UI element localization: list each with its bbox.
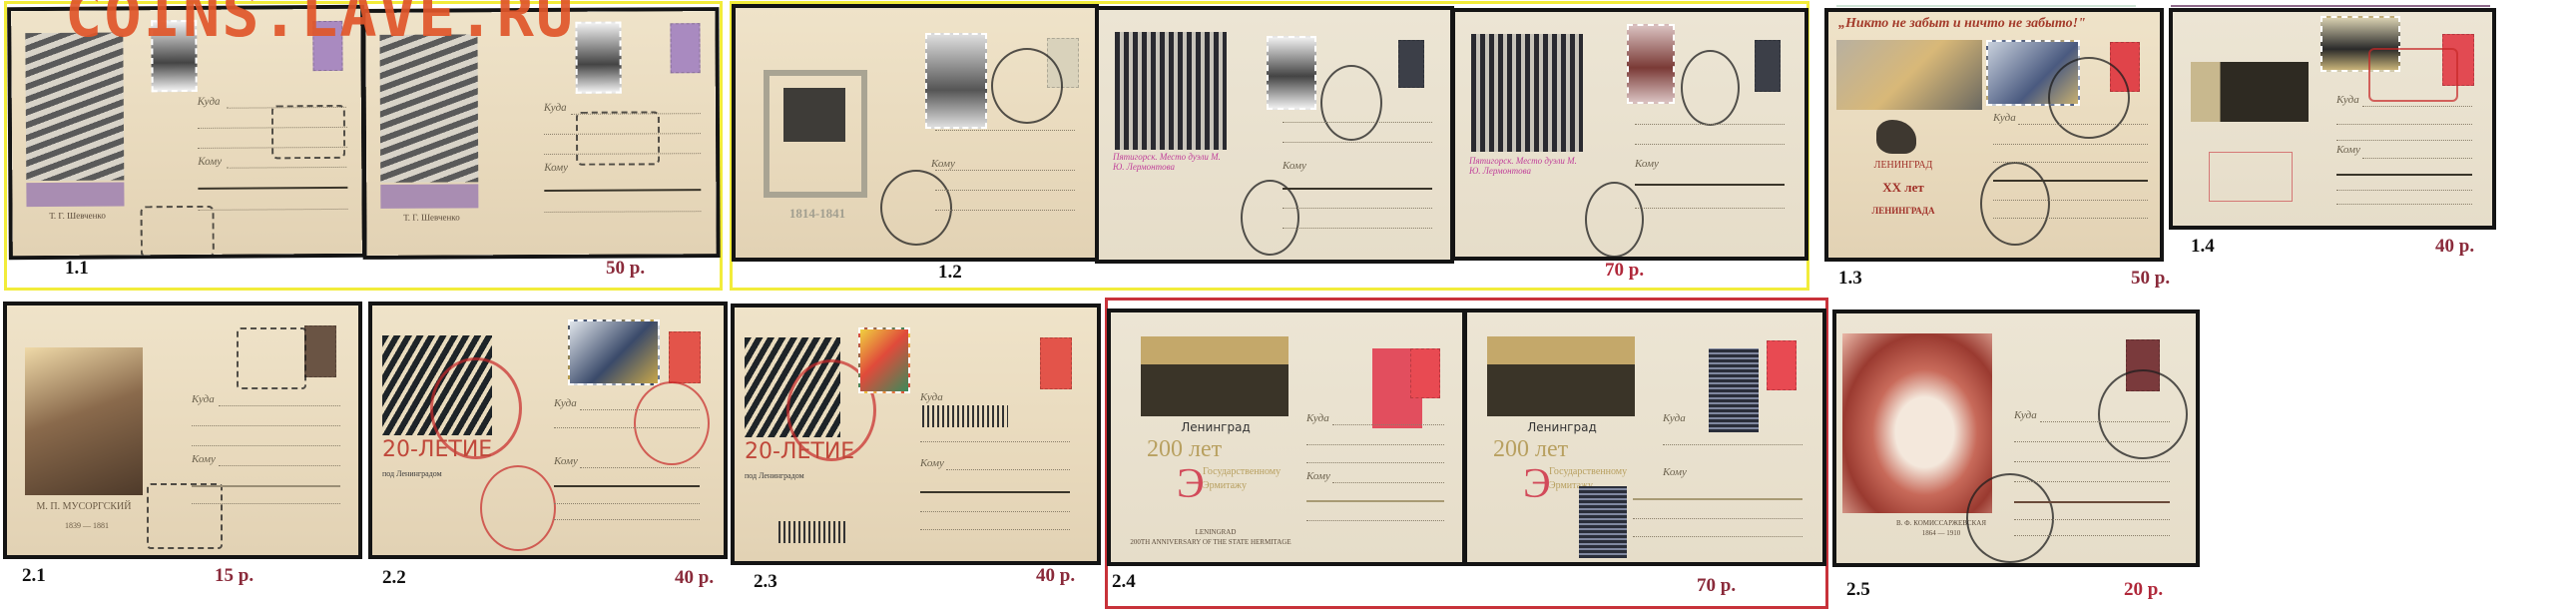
separator-line [1836,5,2136,7]
post-office-illustration [2191,62,2309,122]
postage-imprint [304,325,336,377]
postage-imprint [1755,40,1781,92]
envelope-1-2-c[interactable]: Пятигорск. Место дуэли М. Ю. Лермонтова … [1455,12,1804,257]
postage-imprint [670,23,700,73]
to-whom-label: Кому [920,457,944,469]
envelope-2-4-b[interactable]: Ленинград 200 лет Э Государственному Эрм… [1467,312,1822,562]
cachet-city: Ленинград [1517,420,1607,434]
postmark [141,206,215,256]
lot-price: 50 р. [606,258,645,280]
envelope-1-2-a[interactable]: 1814-1841 Кому [736,8,1095,258]
red-cachet-stamp [2209,152,2293,202]
postage-imprint [1040,337,1072,389]
books-illustration [379,34,478,183]
postmark [147,483,223,549]
admiralty-postmark [778,521,848,543]
hermitage-black-postmark [1579,486,1627,558]
postmark [1966,473,2054,563]
postmark [2098,369,2188,459]
postmark [991,48,1063,124]
lot-number: 1.4 [2191,236,2215,258]
years-text: 1814-1841 [766,206,869,222]
hermitage-letter-e: Э [1523,460,1543,514]
lot-price: 15 р. [215,565,254,587]
lot-number: 1.3 [1838,268,1862,290]
hermitage-line-2: Эрмитажу [1203,480,1312,491]
to-where-label: Куда [192,393,215,405]
postmark [2368,48,2458,102]
separator-line [2171,5,2490,7]
cachet-lines: под Ленинградом [745,471,824,480]
subject-name: М. П. МУСОРГСКИЙ [23,501,145,512]
lermontov-portrait [783,88,845,142]
hermitage-illustration [1487,336,1635,416]
cachet-city-2: ЛЕНИНГРАДА [1838,206,1968,216]
anniversary-big-text: 200 лет [1493,436,1568,463]
to-where-label: Куда [1993,112,2016,124]
hermitage-line-1: Государственному [1203,466,1312,477]
postmark [1681,50,1740,126]
lot-number: 2.5 [1846,579,1870,601]
postage-imprint [669,331,701,383]
komissarzhevskaya-portrait [1842,333,1992,513]
lot-number: 2.2 [382,567,406,589]
lot-price: 40 р. [2435,236,2474,258]
house-stamp [925,33,987,129]
to-whom-label: Кому [931,158,955,170]
cachet-xx: XX лет [1838,180,1968,196]
envelope-2-5[interactable]: В. Ф. КОМИССАРЖЕВСКАЯ 1864 — 1910 Куда [1836,313,2196,563]
to-where-label: Куда [1306,412,1329,424]
lot-price: 40 р. [1036,565,1075,587]
postage-imprint [1410,348,1440,398]
hermitage-illustration [1141,336,1288,416]
mussorgsky-portrait [25,347,143,495]
anniversary-big-text: 20-ЛЕТИЕ [745,439,854,464]
shevchenko-stamp [575,22,621,94]
anniversary-big-text: 20-ЛЕТИЕ [382,437,492,462]
lermontov-stamp [1267,36,1316,110]
to-whom-label: Кому [1283,160,1306,172]
to-whom-label: Кому [554,455,578,467]
ornament [380,184,478,209]
lot-number: 2.1 [22,565,46,587]
years-text: 1839 — 1881 [37,521,137,530]
envelope-2-2[interactable]: 20-ЛЕТИЕ под Ленинградом Куда Кому [372,306,724,555]
watermark: COINS.LAVE.RU [65,0,575,51]
postmark [576,111,660,165]
lot-price: 50 р. [2131,268,2170,290]
lot-number: 2.4 [1112,571,1136,593]
postmark [2048,57,2130,139]
envelope-2-4-a[interactable]: Ленинград 200 лет Э Государственному Эрм… [1111,312,1462,562]
lot-number: 1.2 [938,262,962,284]
lot-price: 20 р. [2124,579,2163,601]
envelope-1-3[interactable]: „Никто не забыт и ничто не забыто!" ЛЕНИ… [1828,12,2160,258]
motherland-stamp [858,327,910,393]
postmark [480,465,556,551]
cachet-city: Ленинград [1171,420,1261,434]
cachet-city: ЛЕНИНГРАД [1838,160,1968,171]
obelisk-illustration [1115,32,1227,150]
envelope-2-1[interactable]: М. П. МУСОРГСКИЙ 1839 — 1881 Куда Кому [7,306,358,555]
ornament [26,182,124,207]
to-where-label: Куда [2014,409,2037,421]
to-whom-label: Кому [192,453,216,465]
envelope-1-2-b[interactable]: Пятигорск. Место дуэли М. Ю. Лермонтова … [1099,10,1450,260]
to-whom-label: Кому [1635,158,1659,170]
postmark [237,327,306,389]
to-where-label: Куда [920,391,943,403]
postmark [1320,65,1382,141]
postmark [1980,162,2050,246]
postmark [271,105,345,160]
lermontov-stamp-colored [1627,24,1675,104]
postage-imprint [1398,40,1424,88]
english-line-2: 200TH ANNIVERSARY OF THE STATE HERMITAGE [1121,538,1300,546]
envelope-1-4[interactable]: Куда Кому [2173,12,2492,226]
envelope-2-3[interactable]: 20-ЛЕТИЕ под Ленинградом Куда Кому [735,307,1097,561]
cachet-lines: под Ленинградом [382,469,462,478]
to-where-label: Куда [198,96,221,108]
defense-stamp [568,319,660,385]
to-where-label: Куда [2336,94,2359,106]
pink-inscription: Пятигорск. Место дуэли М. Ю. Лермонтова [1113,152,1233,172]
postmark [634,381,710,465]
obelisk-illustration [1471,34,1583,152]
cachet-caption: Т. Г. Шевченко [376,212,486,223]
postmark [1585,182,1644,257]
to-whom-label: Кому [1306,470,1330,482]
lot-number: 1.1 [65,258,89,280]
horseman-illustration [1876,120,1916,154]
admiralty-postmark [922,405,1008,427]
to-whom-label: Кому [544,162,568,174]
hermitage-black-postmark [1709,348,1759,432]
to-whom-label: Кому [1663,466,1687,478]
pink-inscription: Пятигорск. Место дуэли М. Ю. Лермонтова [1469,156,1589,176]
cachet-caption: Т. Г. Шевченко [23,210,133,221]
hermitage-letter-e: Э [1177,460,1197,514]
lot-price: 70 р. [1605,260,1644,282]
nevsky-illustration [1836,40,1982,110]
lot-price: 70 р. [1697,575,1736,597]
postmark [880,170,952,246]
to-where-label: Куда [1663,412,1686,424]
to-whom-label: Кому [198,156,222,168]
postage-imprint [1767,340,1797,390]
lot-number: 2.3 [754,571,777,593]
postmark [1241,180,1299,256]
to-whom-label: Кому [2336,144,2360,156]
headline-quote: „Никто не забыт и ничто не забыто!" [1838,16,2086,32]
to-where-label: Куда [554,397,577,409]
hermitage-line-1: Государственному [1549,466,1659,477]
books-illustration [25,32,124,181]
to-where-label: Куда [544,102,567,114]
lot-price: 40 р. [675,567,714,589]
english-line-1: LENINGRAD [1151,528,1281,536]
anniversary-big-text: 200 лет [1147,436,1222,463]
